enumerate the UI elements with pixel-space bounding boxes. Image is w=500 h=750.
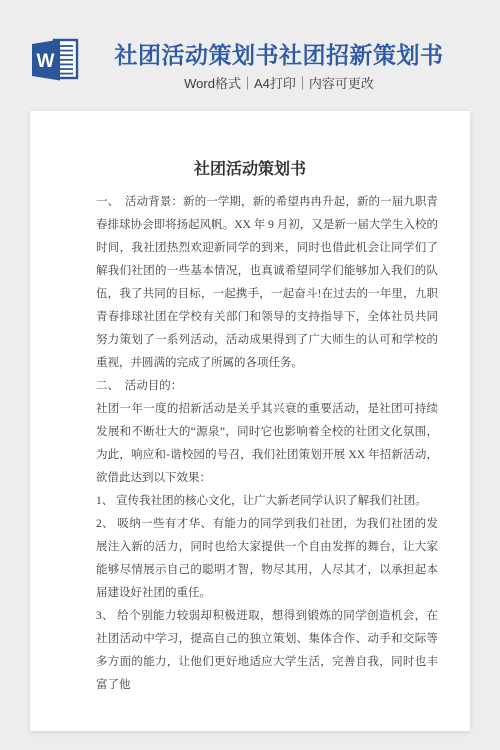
- paragraph-purpose-heading: 二、 活动目的：: [96, 375, 438, 398]
- app-header: W 社团活动策划书社团招新策划书 Word格式｜A4打印｜内容可更改: [0, 0, 500, 96]
- paragraph-purpose-intro: 社团一年一度的招新活动是关乎其兴衰的重要活动，是社团可持续发展和不断壮大的“源泉…: [96, 398, 438, 490]
- word-icon-text-lines: [58, 46, 73, 74]
- header-subtitle: Word格式｜A4打印｜内容可更改: [80, 72, 478, 96]
- word-icon: W: [30, 36, 80, 84]
- document-body: 一、 活动背景：新的一学期，新的希望冉冉升起，新的一届九职青春排球协会即将扬起风…: [96, 191, 438, 697]
- header-text-block: 社团活动策划书社团招新策划书 Word格式｜A4打印｜内容可更改: [80, 36, 478, 96]
- document-page: 社团活动策划书 一、 活动背景：新的一学期，新的希望冉冉升起，新的一届九职青春排…: [30, 111, 470, 731]
- word-icon-letter: W: [37, 51, 55, 72]
- template-preview-canvas: W 社团活动策划书社团招新策划书 Word格式｜A4打印｜内容可更改 社团活动策…: [0, 0, 500, 750]
- paragraph-goal-1: 1、 宣传我社团的核心文化，让广大新老同学认识了解我们社团。: [96, 490, 438, 513]
- document-title: 社团活动策划书: [62, 157, 438, 183]
- paragraph-activity-background: 一、 活动背景：新的一学期，新的希望冉冉升起，新的一届九职青春排球协会即将扬起风…: [96, 191, 438, 375]
- paragraph-goal-2: 2、 吸纳一些有才华、有能力的同学到我们社团，为我们社团的发展注入新的活力，同时…: [96, 513, 438, 605]
- paragraph-goal-3: 3、 给个别能力较弱却积极进取，想得到锻炼的同学创造机会，在社团活动中学习，提高…: [96, 605, 438, 697]
- header-title: 社团活动策划书社团招新策划书: [80, 40, 478, 70]
